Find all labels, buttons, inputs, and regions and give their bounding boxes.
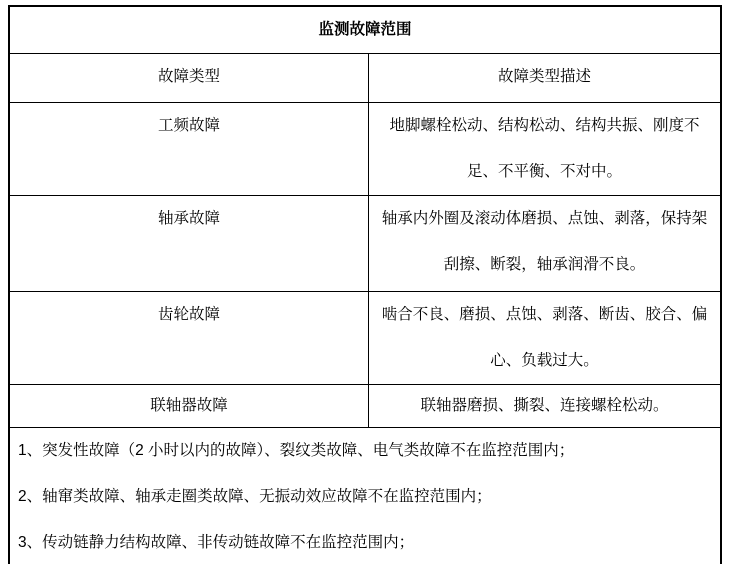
notes-cell: 1、突发性故障（2 小时以内的故障）、裂纹类故障、电气类故障不在监控范围内； 2…: [9, 428, 721, 564]
fault-type-cell: 齿轮故障: [9, 292, 369, 385]
table-row: 工频故障 地脚螺栓松动、结构松动、结构共振、刚度不足、不平衡、不对中。: [9, 103, 721, 196]
note-line-2: 2、轴窜类故障、轴承走圈类故障、无振动效应故障不在监控范围内；: [18, 474, 712, 520]
table-title: 监测故障范围: [9, 6, 721, 54]
fault-description-cell: 联轴器磨损、撕裂、连接螺栓松动。: [369, 385, 721, 428]
notes-row: 1、突发性故障（2 小时以内的故障）、裂纹类故障、电气类故障不在监控范围内； 2…: [9, 428, 721, 564]
fault-scope-table: 监测故障范围 故障类型 故障类型描述 工频故障 地脚螺栓松动、结构松动、结构共振…: [8, 5, 722, 564]
fault-type-cell: 轴承故障: [9, 196, 369, 292]
note-line-1: 1、突发性故障（2 小时以内的故障）、裂纹类故障、电气类故障不在监控范围内；: [18, 428, 712, 474]
table-row: 轴承故障 轴承内外圈及滚动体磨损、点蚀、剥落，保持架刮擦、断裂，轴承润滑不良。: [9, 196, 721, 292]
column-header-fault-description: 故障类型描述: [369, 54, 721, 103]
header-row: 故障类型 故障类型描述: [9, 54, 721, 103]
table-row: 联轴器故障 联轴器磨损、撕裂、连接螺栓松动。: [9, 385, 721, 428]
table-row: 齿轮故障 啮合不良、磨损、点蚀、剥落、断齿、胶合、偏心、负载过大。: [9, 292, 721, 385]
fault-description-cell: 啮合不良、磨损、点蚀、剥落、断齿、胶合、偏心、负载过大。: [369, 292, 721, 385]
fault-type-cell: 联轴器故障: [9, 385, 369, 428]
fault-description-cell: 轴承内外圈及滚动体磨损、点蚀、剥落，保持架刮擦、断裂，轴承润滑不良。: [369, 196, 721, 292]
column-header-fault-type: 故障类型: [9, 54, 369, 103]
fault-type-cell: 工频故障: [9, 103, 369, 196]
note-line-3: 3、传动链静力结构故障、非传动链故障不在监控范围内；: [18, 520, 712, 564]
fault-description-cell: 地脚螺栓松动、结构松动、结构共振、刚度不足、不平衡、不对中。: [369, 103, 721, 196]
title-row: 监测故障范围: [9, 6, 721, 54]
document-page: 监测故障范围 故障类型 故障类型描述 工频故障 地脚螺栓松动、结构松动、结构共振…: [0, 0, 730, 564]
